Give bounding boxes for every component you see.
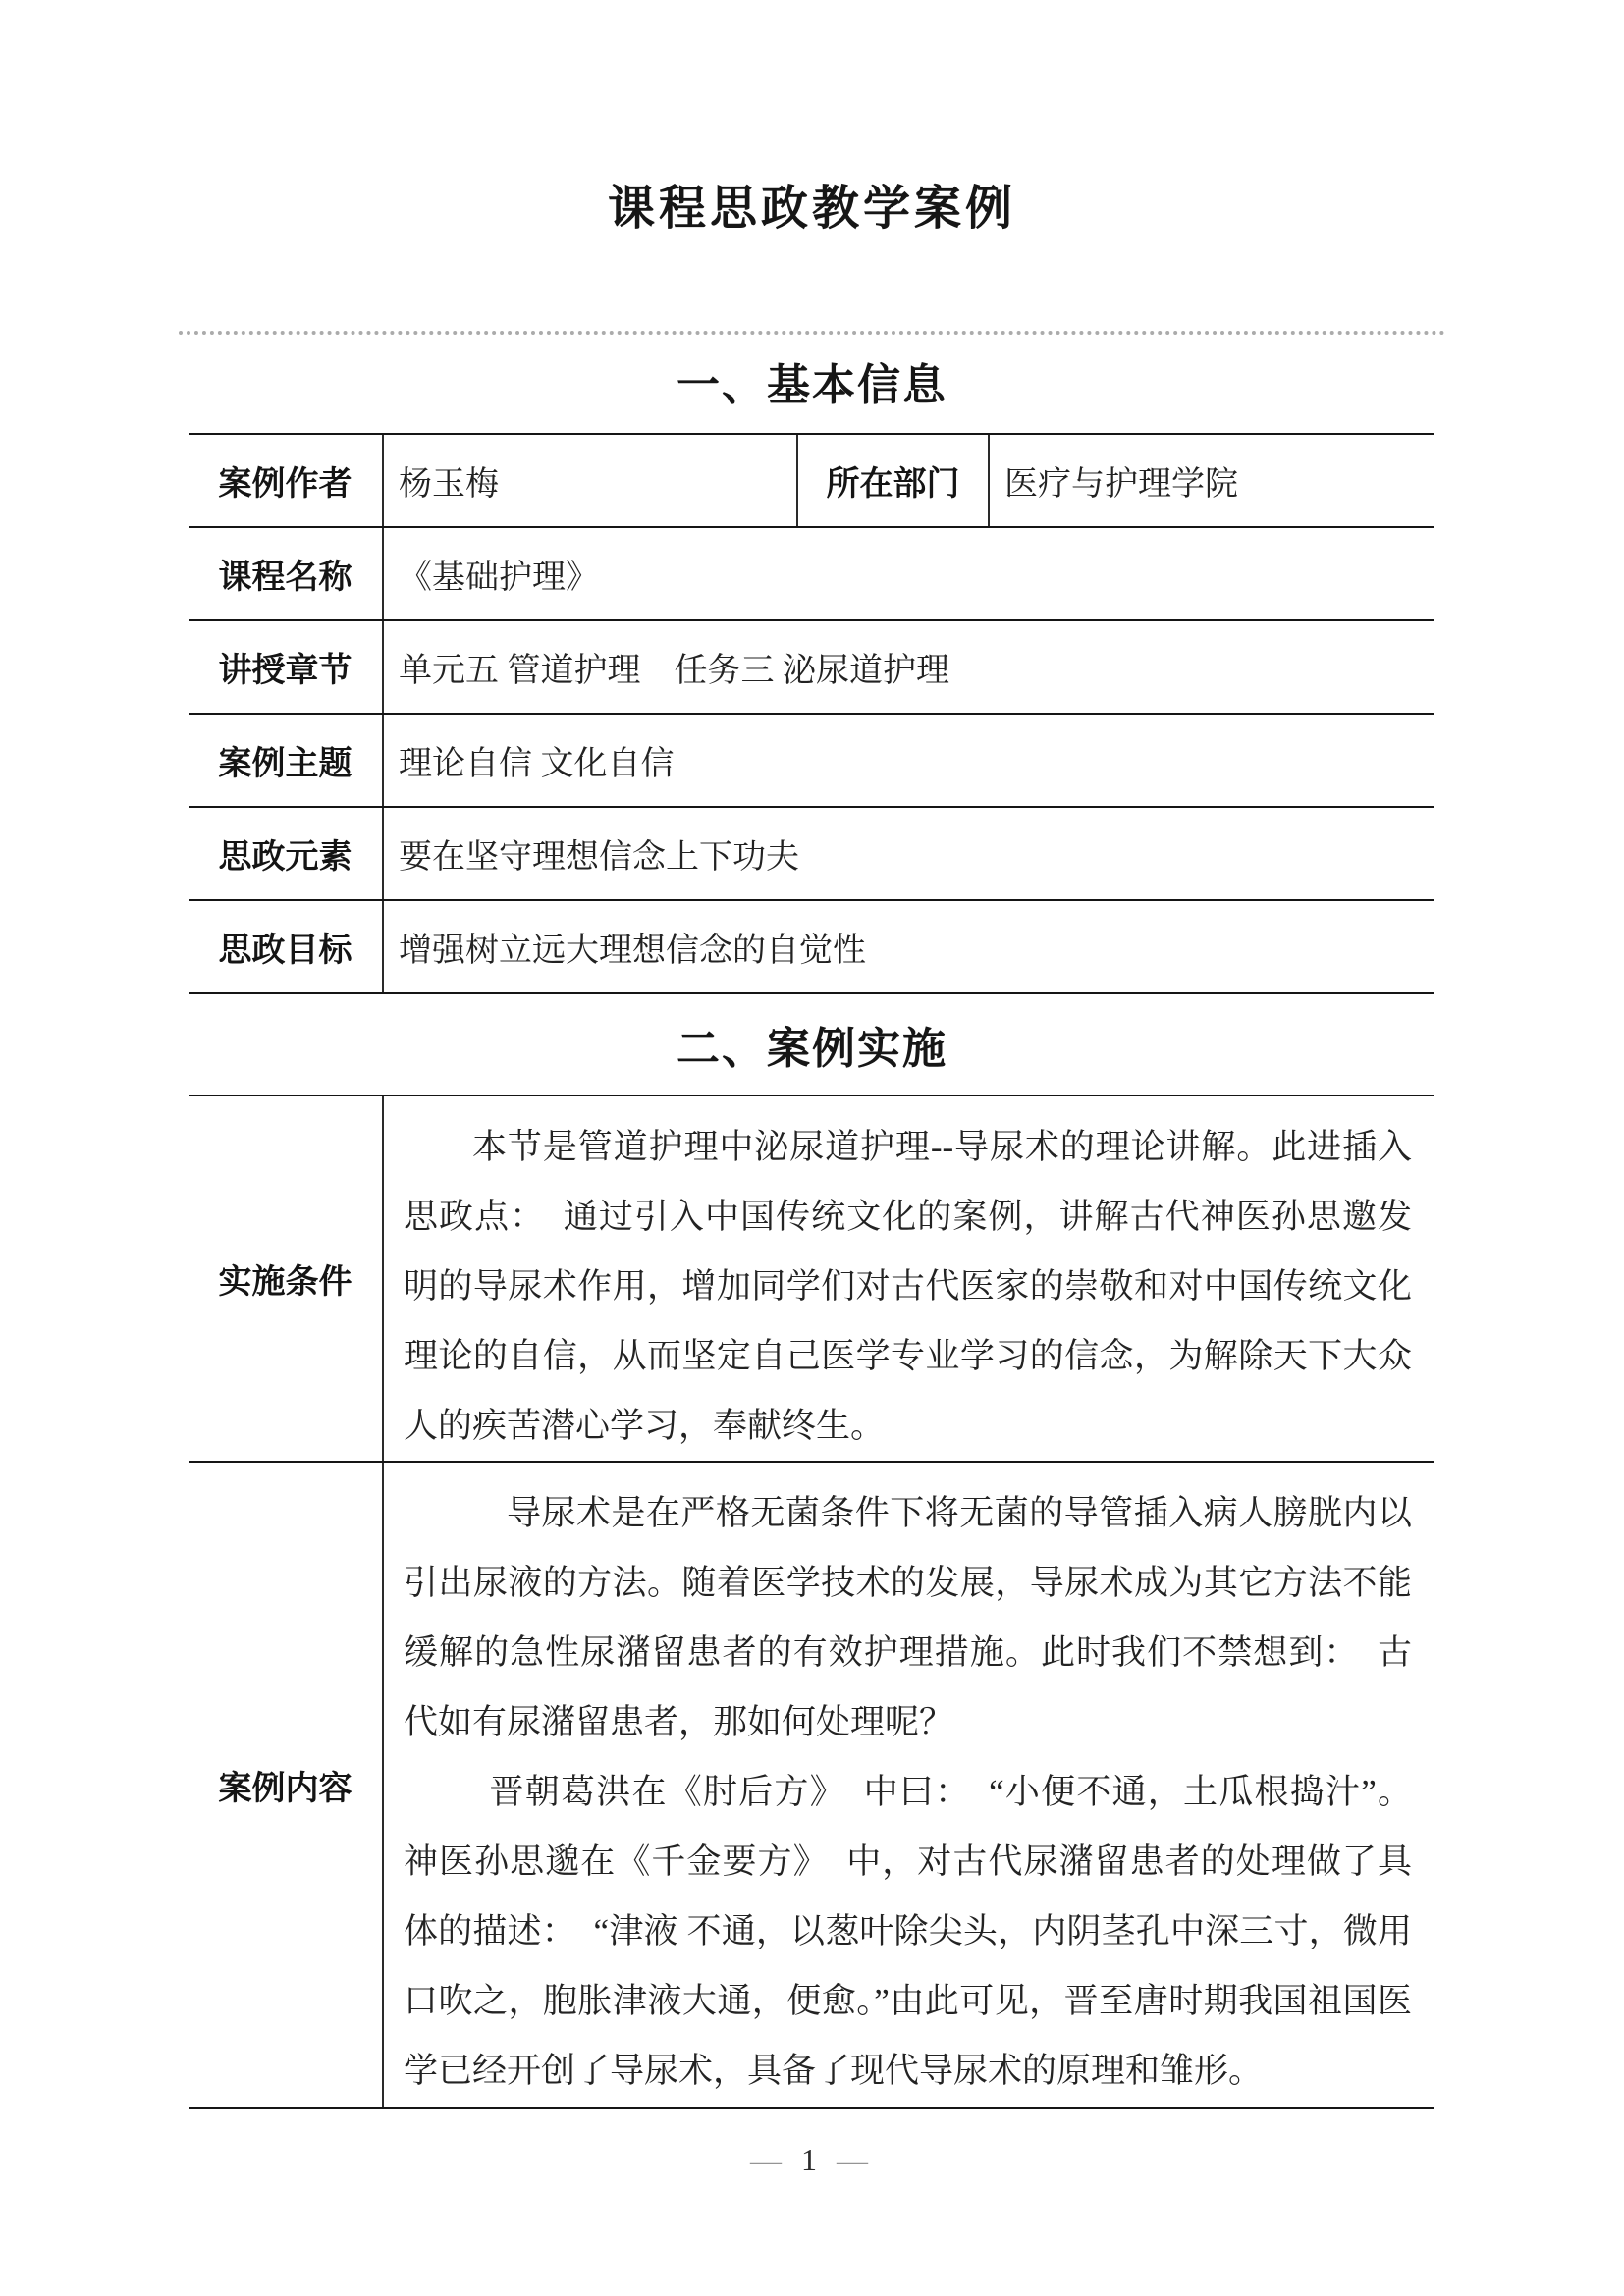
department-label: 所在部门 bbox=[797, 434, 989, 527]
table-row-chapter: 讲授章节 单元五 管道护理 任务三 泌尿道护理 bbox=[189, 620, 1434, 714]
department-value: 医疗与护理学院 bbox=[989, 434, 1434, 527]
ideology-element-label: 思政元素 bbox=[189, 807, 383, 900]
case-implementation-table: 实施条件 本节是管道护理中泌尿道护理--导尿术的理论讲解。此进插入思政点： 通过… bbox=[189, 1095, 1434, 2109]
content-paragraph-2: 晋朝葛洪在《肘后方》 中曰： “小便不通，土瓜根捣汁”。神医孙思邈在《千金要方》… bbox=[404, 1757, 1412, 2106]
ideology-element-value: 要在坚守理想信念上下功夫 bbox=[383, 807, 1434, 900]
case-content-cell: 导尿术是在严格无菌条件下将无菌的导管插入病人膀胱内以引出尿液的方法。随着医学技术… bbox=[383, 1462, 1434, 2108]
ideology-goal-value: 增强树立远大理想信念的自觉性 bbox=[383, 900, 1434, 993]
case-theme-value: 理论自信 文化自信 bbox=[383, 714, 1434, 807]
implementation-condition-label: 实施条件 bbox=[189, 1095, 383, 1462]
table-row-element: 思政元素 要在坚守理想信念上下功夫 bbox=[189, 807, 1434, 900]
case-author-label: 案例作者 bbox=[189, 434, 383, 527]
course-name-value: 《基础护理》 bbox=[383, 527, 1434, 620]
ideology-goal-label: 思政目标 bbox=[189, 900, 383, 993]
implementation-condition-cell: 本节是管道护理中泌尿道护理--导尿术的理论讲解。此进插入思政点： 通过引入中国传… bbox=[383, 1095, 1434, 1462]
case-theme-label: 案例主题 bbox=[189, 714, 383, 807]
page-number: — 1 — bbox=[0, 2142, 1624, 2178]
condition-paragraph: 本节是管道护理中泌尿道护理--导尿术的理论讲解。此进插入思政点： 通过引入中国传… bbox=[404, 1112, 1412, 1461]
table-row-condition: 实施条件 本节是管道护理中泌尿道护理--导尿术的理论讲解。此进插入思政点： 通过… bbox=[189, 1095, 1434, 1462]
table-row-course: 课程名称 《基础护理》 bbox=[189, 527, 1434, 620]
teaching-chapter-label: 讲授章节 bbox=[189, 620, 383, 714]
course-name-label: 课程名称 bbox=[189, 527, 383, 620]
section1-heading: 一、基本信息 bbox=[0, 360, 1624, 411]
title-separator-rule bbox=[179, 331, 1445, 335]
document-page: 课程思政教学案例 一、基本信息 案例作者 杨玉梅 所在部门 医疗与护理学院 课程… bbox=[0, 0, 1624, 2296]
table-row-content: 案例内容 导尿术是在严格无菌条件下将无菌的导管插入病人膀胱内以引出尿液的方法。随… bbox=[189, 1462, 1434, 2108]
document-title: 课程思政教学案例 bbox=[0, 0, 1624, 239]
table-row-goal: 思政目标 增强树立远大理想信念的自觉性 bbox=[189, 900, 1434, 993]
table-row-author-dept: 案例作者 杨玉梅 所在部门 医疗与护理学院 bbox=[189, 434, 1434, 527]
content-paragraph-1: 导尿术是在严格无菌条件下将无菌的导管插入病人膀胱内以引出尿液的方法。随着医学技术… bbox=[404, 1478, 1412, 1757]
case-author-value: 杨玉梅 bbox=[383, 434, 797, 527]
teaching-chapter-value: 单元五 管道护理 任务三 泌尿道护理 bbox=[383, 620, 1434, 714]
table-row-theme: 案例主题 理论自信 文化自信 bbox=[189, 714, 1434, 807]
section2-heading: 二、案例实施 bbox=[0, 1024, 1624, 1075]
basic-info-table: 案例作者 杨玉梅 所在部门 医疗与护理学院 课程名称 《基础护理》 讲授章节 单… bbox=[189, 433, 1434, 994]
case-content-label: 案例内容 bbox=[189, 1462, 383, 2108]
